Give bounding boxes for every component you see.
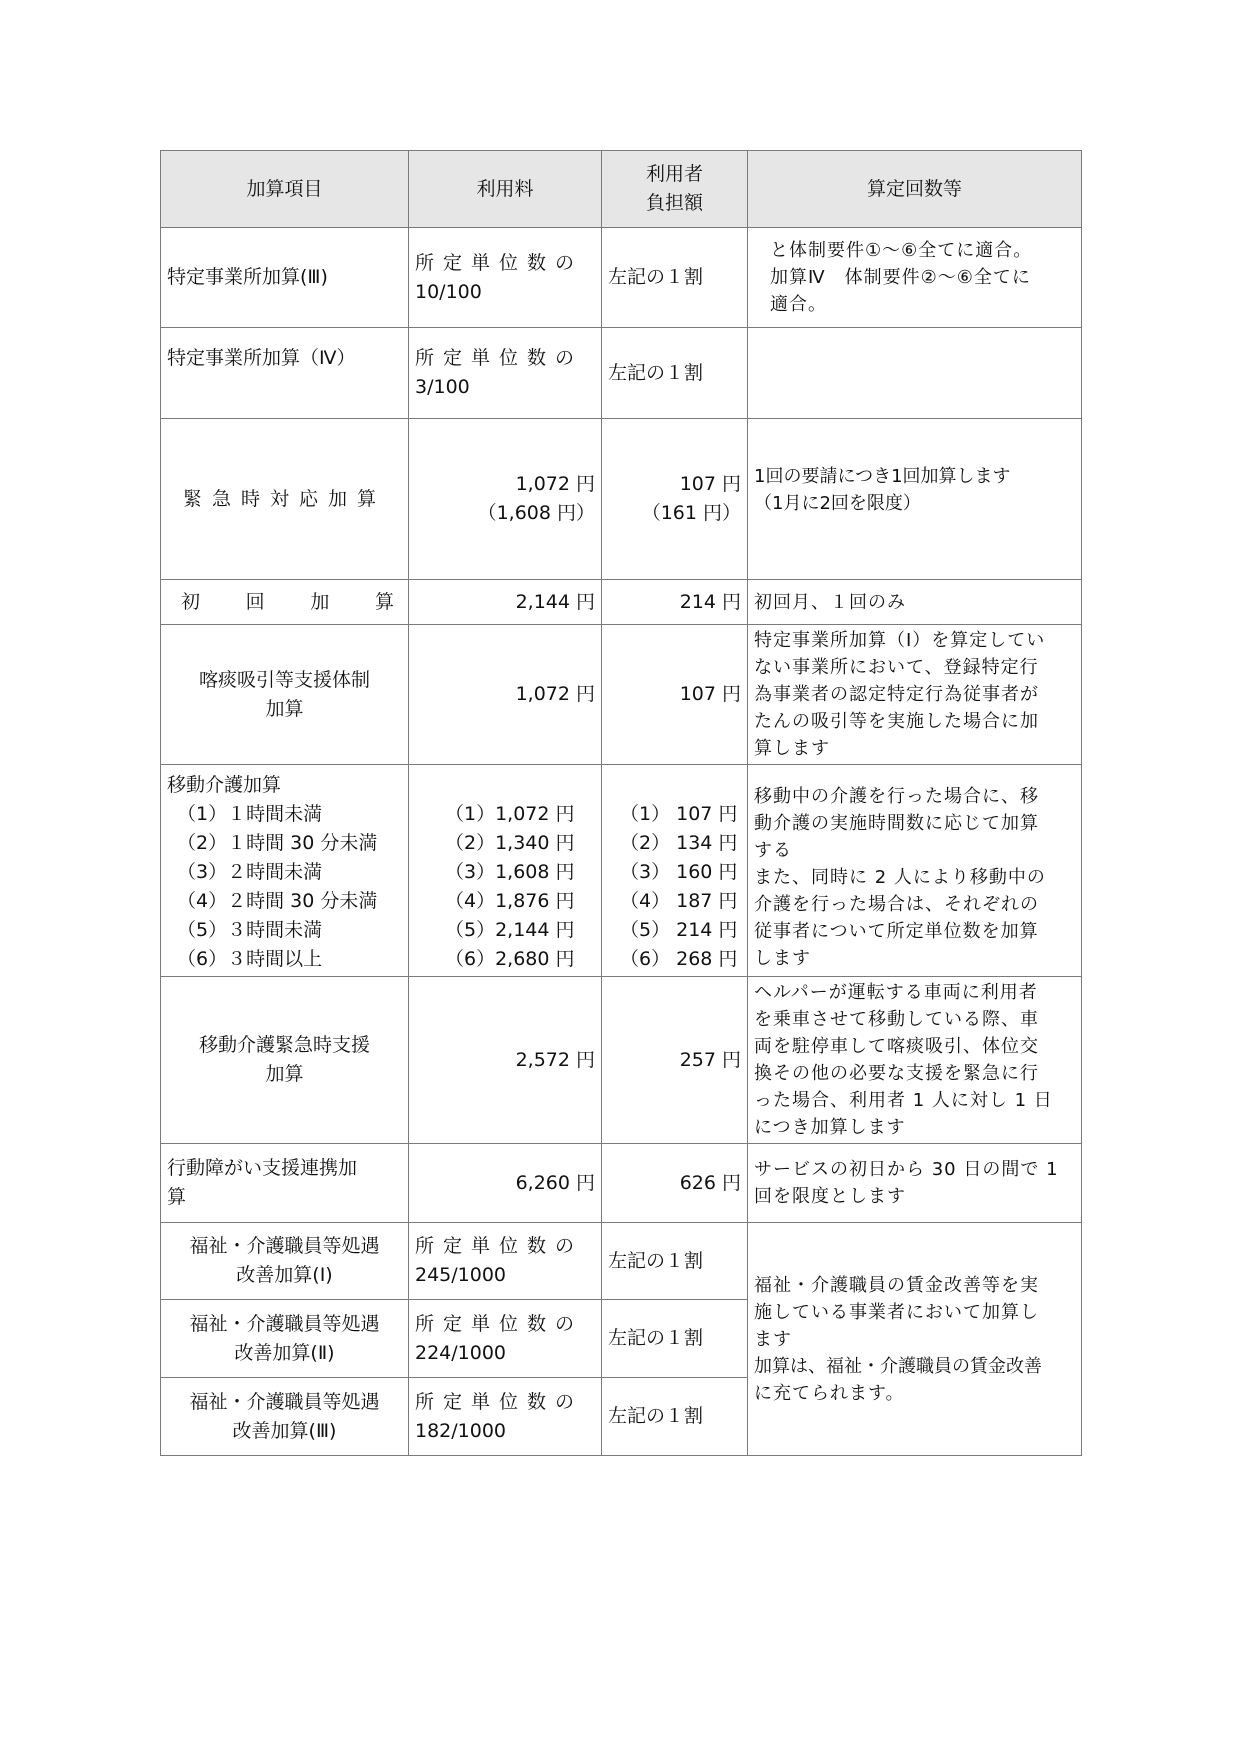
- fee-cell: 所定単位数の 182/1000: [409, 1378, 602, 1456]
- note-cell: 初回月、１回のみ: [748, 580, 1082, 625]
- shared-note-cell: 福祉・介護職員の賃金改善等を実 施している事業者において加算し ます 加算は、福…: [748, 1223, 1082, 1456]
- item-name: 特定事業所加算(Ⅲ): [161, 228, 409, 328]
- user-charge-cell: 107 円: [602, 625, 748, 765]
- note-cell: 1回の要請につき1回加算します （1月に2回を限度）: [748, 419, 1082, 580]
- header-item: 加算項目: [161, 151, 409, 228]
- item-name: 福祉・介護職員等処遇 改善加算(Ⅰ): [161, 1223, 409, 1300]
- user-charge-cell: 左記の１割: [602, 328, 748, 419]
- fee-cell: 2,572 円: [409, 977, 602, 1144]
- user-charge-cell: 左記の１割: [602, 1378, 748, 1456]
- fee-cell: 6,260 円: [409, 1144, 602, 1223]
- fee-cell: 1,072 円: [409, 625, 602, 765]
- user-charge-cell: 214 円: [602, 580, 748, 625]
- additional-fee-table: 加算項目 利用料 利用者 負担額 算定回数等 特定事業所加算(Ⅲ) 所定単位数の…: [160, 150, 1082, 1456]
- fee-cell: 2,144 円: [409, 580, 602, 625]
- fee-cell: 所定単位数の 245/1000: [409, 1223, 602, 1300]
- fee-cell: 所定単位数の 3/100: [409, 328, 602, 419]
- note-cell: サービスの初日から 30 日の間で 1 回を限度とします: [748, 1144, 1082, 1223]
- table-row: 特定事業所加算（Ⅳ） 所定単位数の 3/100 左記の１割: [161, 328, 1082, 419]
- note-cell: [748, 328, 1082, 419]
- table-header-row: 加算項目 利用料 利用者 負担額 算定回数等: [161, 151, 1082, 228]
- table-row: 福祉・介護職員等処遇 改善加算(Ⅰ) 所定単位数の 245/1000 左記の１割…: [161, 1223, 1082, 1300]
- table-row: 移動介護加算 （1）１時間未満 （2）１時間 30 分未満 （3）２時間未満 （…: [161, 765, 1082, 977]
- user-charge-cell: 左記の１割: [602, 1223, 748, 1300]
- user-charge-cell: 107 円 （161 円）: [602, 419, 748, 580]
- item-name: 福祉・介護職員等処遇 改善加算(Ⅲ): [161, 1378, 409, 1456]
- item-name: 初回加算: [161, 580, 409, 625]
- user-charge-cell: 左記の１割: [602, 228, 748, 328]
- item-name: 移動介護加算 （1）１時間未満 （2）１時間 30 分未満 （3）２時間未満 （…: [161, 765, 409, 977]
- note-cell: と体制要件①～⑥全てに適合。 加算Ⅳ 体制要件②～⑥全てに 適合。: [748, 228, 1082, 328]
- header-user-charge: 利用者 負担額: [602, 151, 748, 228]
- table-row: 緊急時対応加算 1,072 円 （1,608 円） 107 円 （161 円） …: [161, 419, 1082, 580]
- item-name: 移動介護緊急時支援 加算: [161, 977, 409, 1144]
- user-charge-cell: 257 円: [602, 977, 748, 1144]
- table-row: 初回加算 2,144 円 214 円 初回月、１回のみ: [161, 580, 1082, 625]
- note-cell: 移動中の介護を行った場合に、移 動介護の実施時間数に応じて加算 する また、同時…: [748, 765, 1082, 977]
- item-name: 福祉・介護職員等処遇 改善加算(Ⅱ): [161, 1300, 409, 1378]
- user-charge-cell: 626 円: [602, 1144, 748, 1223]
- table-row: 特定事業所加算(Ⅲ) 所定単位数の 10/100 左記の１割 と体制要件①～⑥全…: [161, 228, 1082, 328]
- user-charge-cell: （1） 107 円 （2） 134 円 （3） 160 円 （4） 187 円 …: [602, 765, 748, 977]
- note-cell: 特定事業所加算（Ⅰ）を算定してい ない事業所において、登録特定行 為事業者の認定…: [748, 625, 1082, 765]
- item-name: 喀痰吸引等支援体制 加算: [161, 625, 409, 765]
- item-name: 緊急時対応加算: [161, 419, 409, 580]
- header-calc-count: 算定回数等: [748, 151, 1082, 228]
- header-fee: 利用料: [409, 151, 602, 228]
- fee-cell: 所定単位数の 10/100: [409, 228, 602, 328]
- fee-cell: 所定単位数の 224/1000: [409, 1300, 602, 1378]
- table-row: 移動介護緊急時支援 加算 2,572 円 257 円 ヘルパーが運転する車両に利…: [161, 977, 1082, 1144]
- table-row: 行動障がい支援連携加 算 6,260 円 626 円 サービスの初日から 30 …: [161, 1144, 1082, 1223]
- fee-cell: 1,072 円 （1,608 円）: [409, 419, 602, 580]
- fee-cell: （1）1,072 円 （2）1,340 円 （3）1,608 円 （4）1,87…: [409, 765, 602, 977]
- item-name: 特定事業所加算（Ⅳ）: [161, 328, 409, 419]
- table-row: 喀痰吸引等支援体制 加算 1,072 円 107 円 特定事業所加算（Ⅰ）を算定…: [161, 625, 1082, 765]
- user-charge-cell: 左記の１割: [602, 1300, 748, 1378]
- item-name: 行動障がい支援連携加 算: [161, 1144, 409, 1223]
- note-cell: ヘルパーが運転する車両に利用者 を乗車させて移動している際、車 両を駐停車して喀…: [748, 977, 1082, 1144]
